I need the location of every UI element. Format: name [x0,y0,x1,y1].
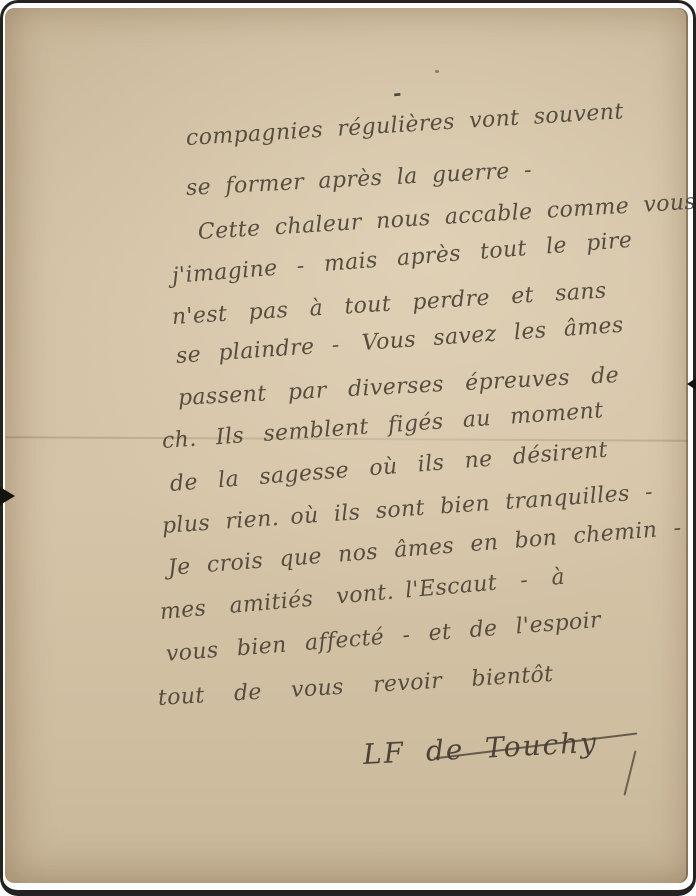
handwritten-line: compagnies régulières vont souvent [185,99,624,151]
ink-speck [435,70,439,73]
handwritten-line: se former après la guerre - [185,158,532,201]
handwritten-line: tout de vous revoir bientôt [157,662,554,711]
aged-paper-sheet: - compagnies régulières vont souvent se … [5,8,688,883]
signature-flourish-tail [623,750,636,795]
left-edge-notch-mark [0,487,15,505]
signature: LF de Touchy [362,726,599,771]
page-number-dash: - [392,81,403,106]
right-edge-notch-mark [687,378,696,390]
letter-scan-page: - compagnies régulières vont souvent se … [0,0,696,896]
